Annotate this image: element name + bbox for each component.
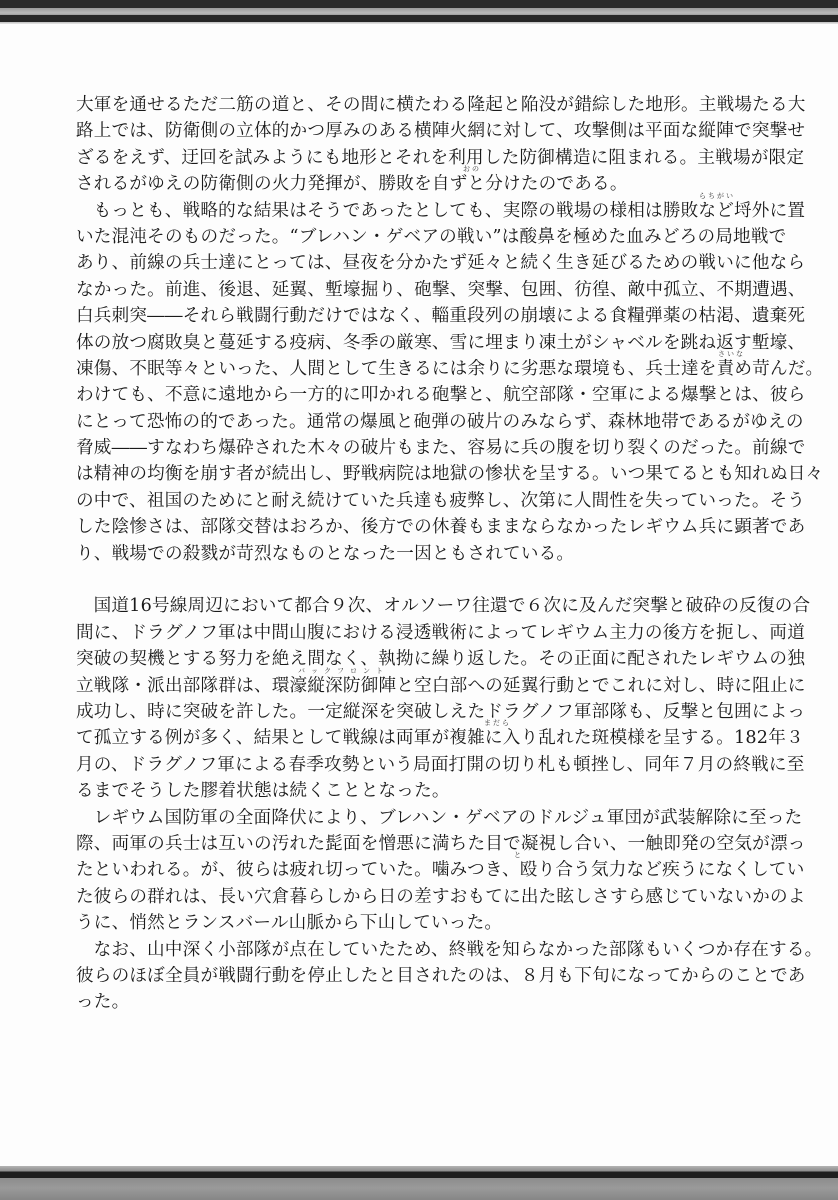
ruby-annotation: まだら xyxy=(484,720,511,727)
ruby-annotation: おの xyxy=(463,166,481,173)
paragraph-3: 国道16号線周辺において都合９次、オルソーワ往還で６次に及んだ突撃と破砕の反復の… xyxy=(76,593,766,804)
text-line: り、戦場での殺戮が苛烈なものとなった一因ともされている。 xyxy=(76,541,766,567)
text-line: 際、両軍の兵士は互いの汚れた髭面を憎悪に満ちた目で凝視し合い、一触即発の空気が漂… xyxy=(76,831,766,857)
text-line: なお、山中深く小部隊が点在していたため、終戦を知らなかった部隊もいくつか存在する… xyxy=(76,937,766,963)
text-line: 国道16号線周辺において都合９次、オルソーワ往還で６次に及んだ突撃と破砕の反復の… xyxy=(76,593,766,619)
text-content: 凍傷、不眠等々といった、人間として生きるには余りに劣悪な環境も、兵士達を責め苛ん… xyxy=(76,359,823,379)
text-line-with-ruby: と たといわれる。が、彼らは疲れ切っていた。噛みつき、殴り合う気力など疾うになく… xyxy=(76,857,766,883)
paragraph-4: レギウム国防軍の全面降伏により、ブレハン・ゲベアのドルジュ軍団が武装解除に至った… xyxy=(76,805,766,937)
top-border-band xyxy=(0,0,838,24)
text-line-with-ruby: さいな 凍傷、不眠等々といった、人間として生きるには余りに劣悪な環境も、兵士達を… xyxy=(76,356,766,382)
ruby-annotation: と xyxy=(514,852,523,859)
text-line: るまでそうした膠着状態は続くこととなった。 xyxy=(76,778,766,804)
text-line: 成功し、時に突破を許した。一定縦深を突破しえたドラグノフ軍部隊も、反撃と包囲によ… xyxy=(76,699,766,725)
text-line: 白兵刺突――それら戦闘行動だけではなく、輜重段列の崩壊による食糧弾薬の枯渇、遺棄… xyxy=(76,303,766,329)
text-line: 大軍を通せるただ二筋の道と、その間に横たわる隆起と陥没が錯綜した地形。主戦場たる… xyxy=(76,92,766,118)
text-line: 路上では、防衛側の立体的かつ厚みのある横陣火網に対して、攻撃側は平面な縦陣で突撃… xyxy=(76,118,766,144)
text-line: 彼らのほぼ全員が戦闘行動を停止したと目されたのは、８月も下旬になってからのことで… xyxy=(76,963,766,989)
text-line: レギウム国防軍の全面降伏により、ブレハン・ゲベアのドルジュ軍団が武装解除に至った xyxy=(76,805,766,831)
text-line: なかった。前進、後退、延翼、塹壕掘り、砲撃、突撃、包囲、彷徨、敵中孤立、不期遭遇… xyxy=(76,277,766,303)
text-line: は精神の均衡を崩す者が続出し、野戦病院は地獄の惨状を呈する。いつ果てるとも知れぬ… xyxy=(76,461,766,487)
text-line: 月の、ドラグノフ軍による春季攻勢という局面打開の切り札も頓挫し、同年７月の終戦に… xyxy=(76,752,766,778)
text-line: あり、前線の兵士達にとっては、昼夜を分かたず延々と続く生き延びるための戦いに他な… xyxy=(76,250,766,276)
text-line-with-ruby: らちがい もっとも、戦略的な結果はそうであったとしても、実際の戦場の様相は勝敗な… xyxy=(76,198,766,224)
text-line: 突破の契機とする努力を絶え間なく、執拗に繰り返した。その正面に配されたレギウムの… xyxy=(76,646,766,672)
paragraph-5: なお、山中深く小部隊が点在していたため、終戦を知らなかった部隊もいくつか存在する… xyxy=(76,937,766,1016)
text-line: わけても、不意に遠地から一方的に叩かれる砲撃と、航空部隊・空軍による爆撃とは、彼… xyxy=(76,382,766,408)
text-content: て孤立する例が多く、結果として戦線は両軍が複雑に入り乱れた斑模様を呈する。182… xyxy=(76,728,804,748)
paragraph-1: 大軍を通せるただ二筋の道と、その間に横たわる隆起と陥没が錯綜した地形。主戦場たる… xyxy=(76,92,766,198)
text-content: 立戦隊・派出部隊群は、環濠縦深防御陣と空白部への延翼行動とでこれに対し、時に阻止… xyxy=(76,676,806,696)
text-line-with-ruby: バックフロント 立戦隊・派出部隊群は、環濠縦深防御陣と空白部への延翼行動とでこれ… xyxy=(76,673,766,699)
text-line: うに、悄然とランスバール山脈から下山していった。 xyxy=(76,910,766,936)
ruby-annotation: バックフロント xyxy=(298,668,389,675)
text-content: されるがゆえの防衛側の火力発揮が、勝敗を自ずと分けたのである。 xyxy=(76,174,628,194)
document-body: 大軍を通せるただ二筋の道と、その間に横たわる隆起と陥没が錯綜した地形。主戦場たる… xyxy=(76,92,766,1016)
text-line: した陰惨さは、部隊交替はおろか、後方での休養もままならなかったレギウム兵に顕著で… xyxy=(76,514,766,540)
bottom-border-band xyxy=(0,1166,838,1200)
text-line: の中で、祖国のためにと耐え続けていた兵達も疲弊し、次第に人間性を失っていった。そ… xyxy=(76,488,766,514)
text-line: 間に、ドラグノフ軍は中間山腹における浸透戦術によってレギウム主力の後方を扼し、両… xyxy=(76,620,766,646)
text-content: もっとも、戦略的な結果はそうであったとしても、実際の戦場の様相は勝敗など埒外に置 xyxy=(94,201,806,221)
text-line: た彼らの群れは、長い穴倉暮らしから日の差すおもてに出た眩しさすら感じていないかの… xyxy=(76,884,766,910)
ruby-annotation: さいな xyxy=(718,351,745,358)
text-content: たといわれる。が、彼らは疲れ切っていた。噛みつき、殴り合う気力など疾うになくして… xyxy=(76,860,805,880)
paragraph-gap xyxy=(76,567,766,593)
text-line: 脅威――すなわち爆砕された木々の破片もまた、容易に兵の腹を切り裂くのだった。前線… xyxy=(76,435,766,461)
text-line-with-ruby: まだら て孤立する例が多く、結果として戦線は両軍が複雑に入り乱れた斑模様を呈する… xyxy=(76,725,766,751)
ruby-annotation: らちがい xyxy=(699,193,735,200)
text-line: 体の放つ腐敗臭と蔓延する疫病、冬季の厳寒、雪に埋まり凍土がシャベルを跳ね返す塹壕… xyxy=(76,330,766,356)
text-line: にとって恐怖の的であった。通常の爆風と砲弾の破片のみならず、森林地帯であるがゆえ… xyxy=(76,409,766,435)
paragraph-2: らちがい もっとも、戦略的な結果はそうであったとしても、実際の戦場の様相は勝敗な… xyxy=(76,198,766,567)
text-line: った。 xyxy=(76,989,766,1015)
text-line: いた混沌そのものだった。“ブレハン・ゲベアの戦い”は酸鼻を極めた血みどろの局地戦… xyxy=(76,224,766,250)
text-line-with-ruby: おの されるがゆえの防衛側の火力発揮が、勝敗を自ずと分けたのである。 xyxy=(76,171,766,197)
text-line: ざるをえず、迂回を試みようにも地形とそれを利用した防御構造に阻まれる。主戦場が限… xyxy=(76,145,766,171)
